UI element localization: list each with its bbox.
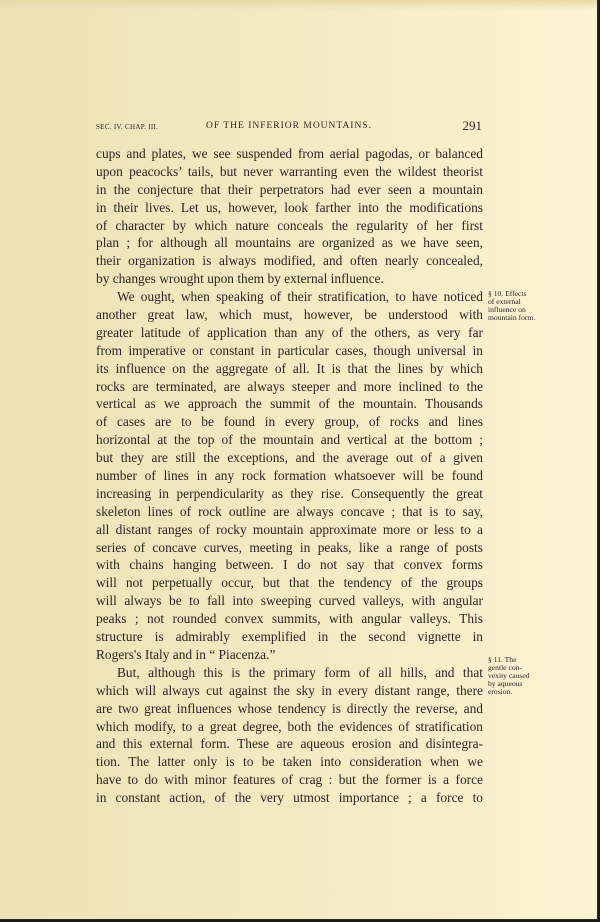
text-line: in their lives. Let us, however, look fa… xyxy=(96,199,483,217)
section-label: SEC. IV. CHAP. III. xyxy=(96,123,158,131)
text-line: in the conjecture that their perpetrator… xyxy=(96,181,483,199)
text-line: in constant action, of the very utmost i… xyxy=(96,789,483,807)
text-line: from imperative or constant in particula… xyxy=(96,342,483,360)
text-line: their organization is always modified, a… xyxy=(96,252,483,270)
text-line: which will always cut against the sky in… xyxy=(96,682,483,700)
text-line: skeleton lines of rock outline are alway… xyxy=(96,503,483,521)
text-line: which modify, to a great degree, both th… xyxy=(96,718,483,736)
text-line: vertical as we approach the summit of th… xyxy=(96,395,483,413)
sidenote-section-10: § 10. Effects of external influence on m… xyxy=(488,290,558,322)
book-page: SEC. IV. CHAP. III. OF THE INFERIOR MOUN… xyxy=(0,0,598,920)
paragraph-start: But, although this is the primary form o… xyxy=(96,664,483,682)
text-line: of character by which nature conceals th… xyxy=(96,217,483,235)
text-line: tion. The latter only is to be taken int… xyxy=(96,753,483,771)
paragraph-start: We ought, when speaking of their stratif… xyxy=(96,288,483,306)
text-line: will always be to fall into sweeping cur… xyxy=(96,592,483,610)
page-number: 291 xyxy=(463,118,483,134)
text-line: of cases are to be found in every group,… xyxy=(96,413,483,431)
text-line: greater latitude of application than any… xyxy=(96,324,483,342)
text-line: Rogers's Italy and in “ Piacenza.” xyxy=(96,646,483,664)
sidenote-section-11: § 11. The gentle con- vexity caused by a… xyxy=(488,656,558,696)
text-line: and this external form. These are aqueou… xyxy=(96,735,483,753)
text-line: series of concave curves, meeting in pea… xyxy=(96,539,483,557)
text-line: horizontal at the top of the mountain an… xyxy=(96,431,483,449)
sidenote-line: mountain form. xyxy=(488,314,558,322)
text-line: with chains hanging between. I do not sa… xyxy=(96,556,483,574)
text-line: another great law, which must, however, … xyxy=(96,306,483,324)
chapter-title: OF THE INFERIOR MOUNTAINS. xyxy=(206,121,372,131)
body-text: cups and plates, we see suspended from a… xyxy=(96,145,483,807)
sidenote-line: erosion. xyxy=(488,688,558,696)
text-line: but they are still the exceptions, and t… xyxy=(96,449,483,467)
text-line: increasing in perpendicularity as they r… xyxy=(96,485,483,503)
text-line: by changes wrought upon them by external… xyxy=(96,270,483,288)
text-line: have to do with minor features of crag :… xyxy=(96,771,483,789)
running-head: SEC. IV. CHAP. III. OF THE INFERIOR MOUN… xyxy=(96,120,482,136)
text-line: peaks ; not rounded convex summits, with… xyxy=(96,610,483,628)
text-line: its influence on the aggregate of all. I… xyxy=(96,360,483,378)
text-line: number of lines in any rock formation wh… xyxy=(96,467,483,485)
text-line: structure is admirably exemplified in th… xyxy=(96,628,483,646)
text-line: cups and plates, we see suspended from a… xyxy=(96,145,483,163)
text-line: all distant ranges of rocky mountain app… xyxy=(96,521,483,539)
text-line: rocks are terminated, are always steeper… xyxy=(96,378,483,396)
text-line: are two great influences whose tendency … xyxy=(96,700,483,718)
text-line: will not perpetually occur, but that the… xyxy=(96,574,483,592)
text-line: plan ; for although all mountains are or… xyxy=(96,234,483,252)
text-line: upon peacocks’ tails, but never warranti… xyxy=(96,163,483,181)
